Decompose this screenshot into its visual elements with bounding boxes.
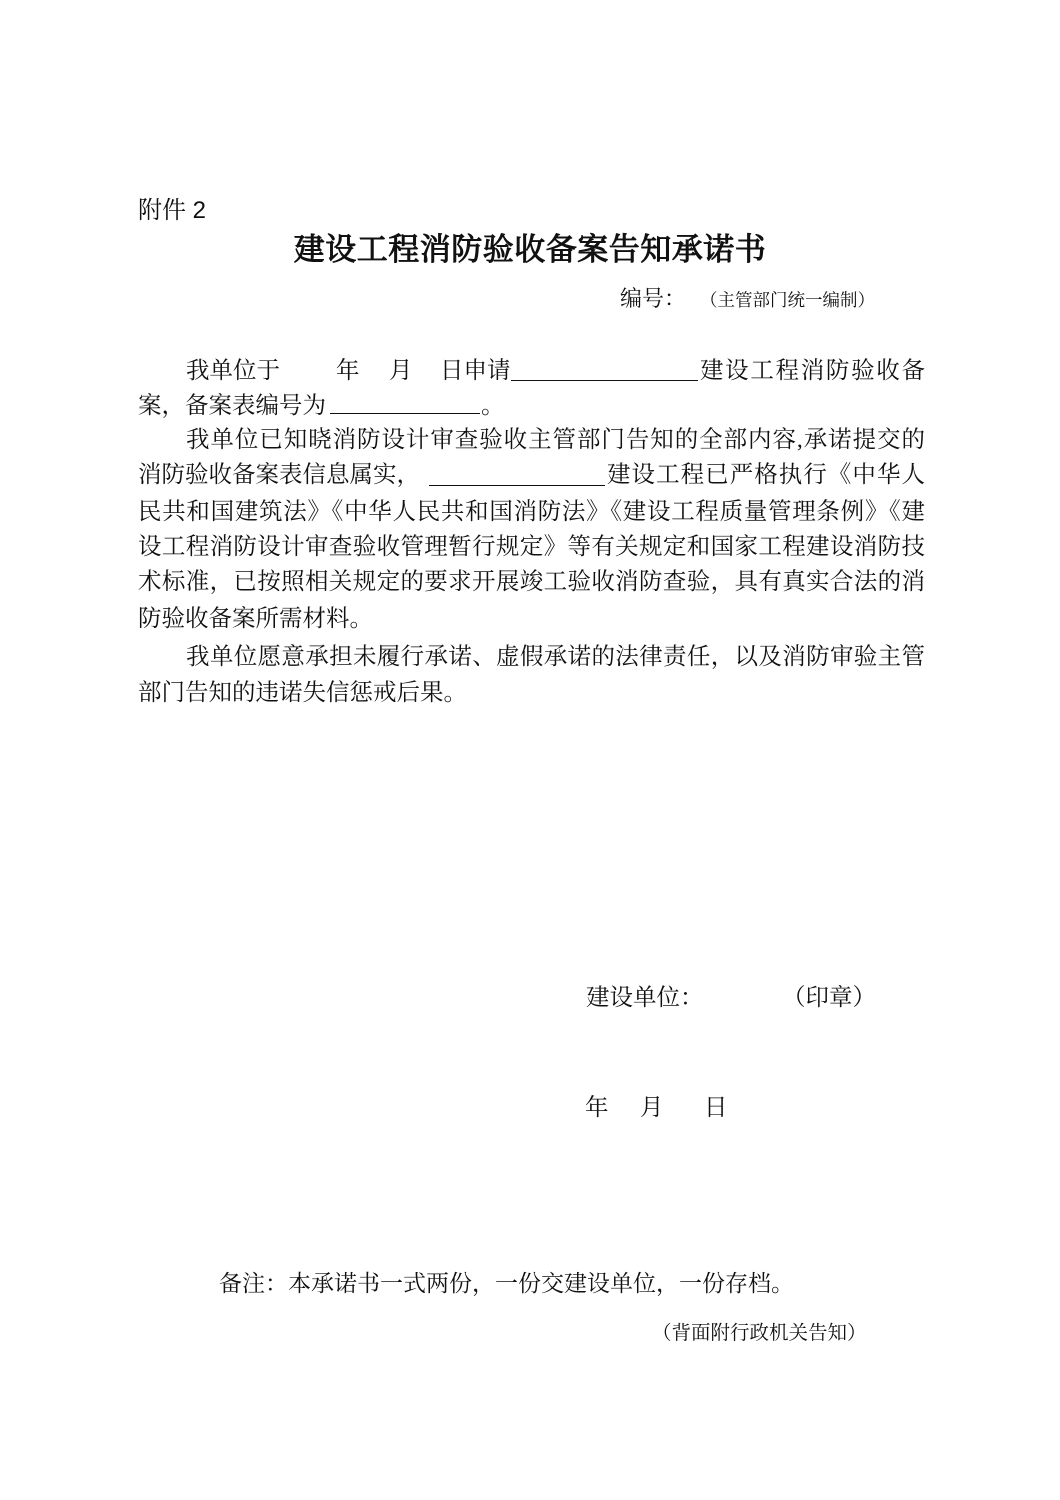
- line3: 我单位已知晓消防设计审查验收主管部门告知的全部内容,承诺提交的: [186, 423, 925, 457]
- date-month: 月: [640, 1093, 664, 1123]
- line6: 设工程消防设计审查验收管理暂行规定》等有关规定和国家工程建设消防技: [138, 530, 925, 564]
- serial-number-note: （主管部门统一编制）: [700, 288, 875, 312]
- line2-suffix: 。: [481, 389, 505, 423]
- seal-label: （印章）: [782, 983, 876, 1013]
- date-year: 年: [585, 1093, 609, 1123]
- back-page-note: （背面附行政机关告知）: [652, 1321, 867, 1347]
- serial-number-label: 编号：: [620, 285, 686, 313]
- document-title: 建设工程消防验收备案告知承诺书: [0, 230, 1060, 270]
- line1-year: 年: [336, 354, 360, 388]
- line4-suffix: 建设工程已严格执行《中华人: [607, 458, 925, 492]
- line1-suffix: 建设工程消防验收备: [700, 354, 925, 388]
- construction-unit-label: 建设单位：: [586, 983, 704, 1013]
- line9: 我单位愿意承担未履行承诺、虚假承诺的法律责任，以及消防审验主管: [186, 640, 925, 674]
- line8: 防验收备案所需材料。: [138, 602, 373, 636]
- project-name-blank-2: [429, 485, 605, 486]
- line1-day-apply: 日申请: [440, 354, 511, 388]
- line7: 术标准，已按照相关规定的要求开展竣工验收消防查验，具有真实合法的消: [138, 565, 925, 599]
- attachment-label: 附件 2: [138, 196, 206, 226]
- line5: 民共和国建筑法》《中华人民共和国消防法》《建设工程质量管理条例》《建: [138, 495, 925, 529]
- line1-month: 月: [389, 354, 413, 388]
- line10: 部门告知的违诺失信惩戒后果。: [138, 676, 467, 710]
- form-number-blank: [330, 413, 480, 414]
- line4-prefix: 消防验收备案表信息属实，: [138, 458, 420, 492]
- line1-prefix: 我单位于: [186, 354, 280, 388]
- date-day: 日: [704, 1093, 728, 1123]
- line2-prefix: 案，备案表编号为: [138, 389, 326, 423]
- project-name-blank: [511, 380, 698, 381]
- remark-note: 备注：本承诺书一式两份，一份交建设单位，一份存档。: [219, 1269, 794, 1299]
